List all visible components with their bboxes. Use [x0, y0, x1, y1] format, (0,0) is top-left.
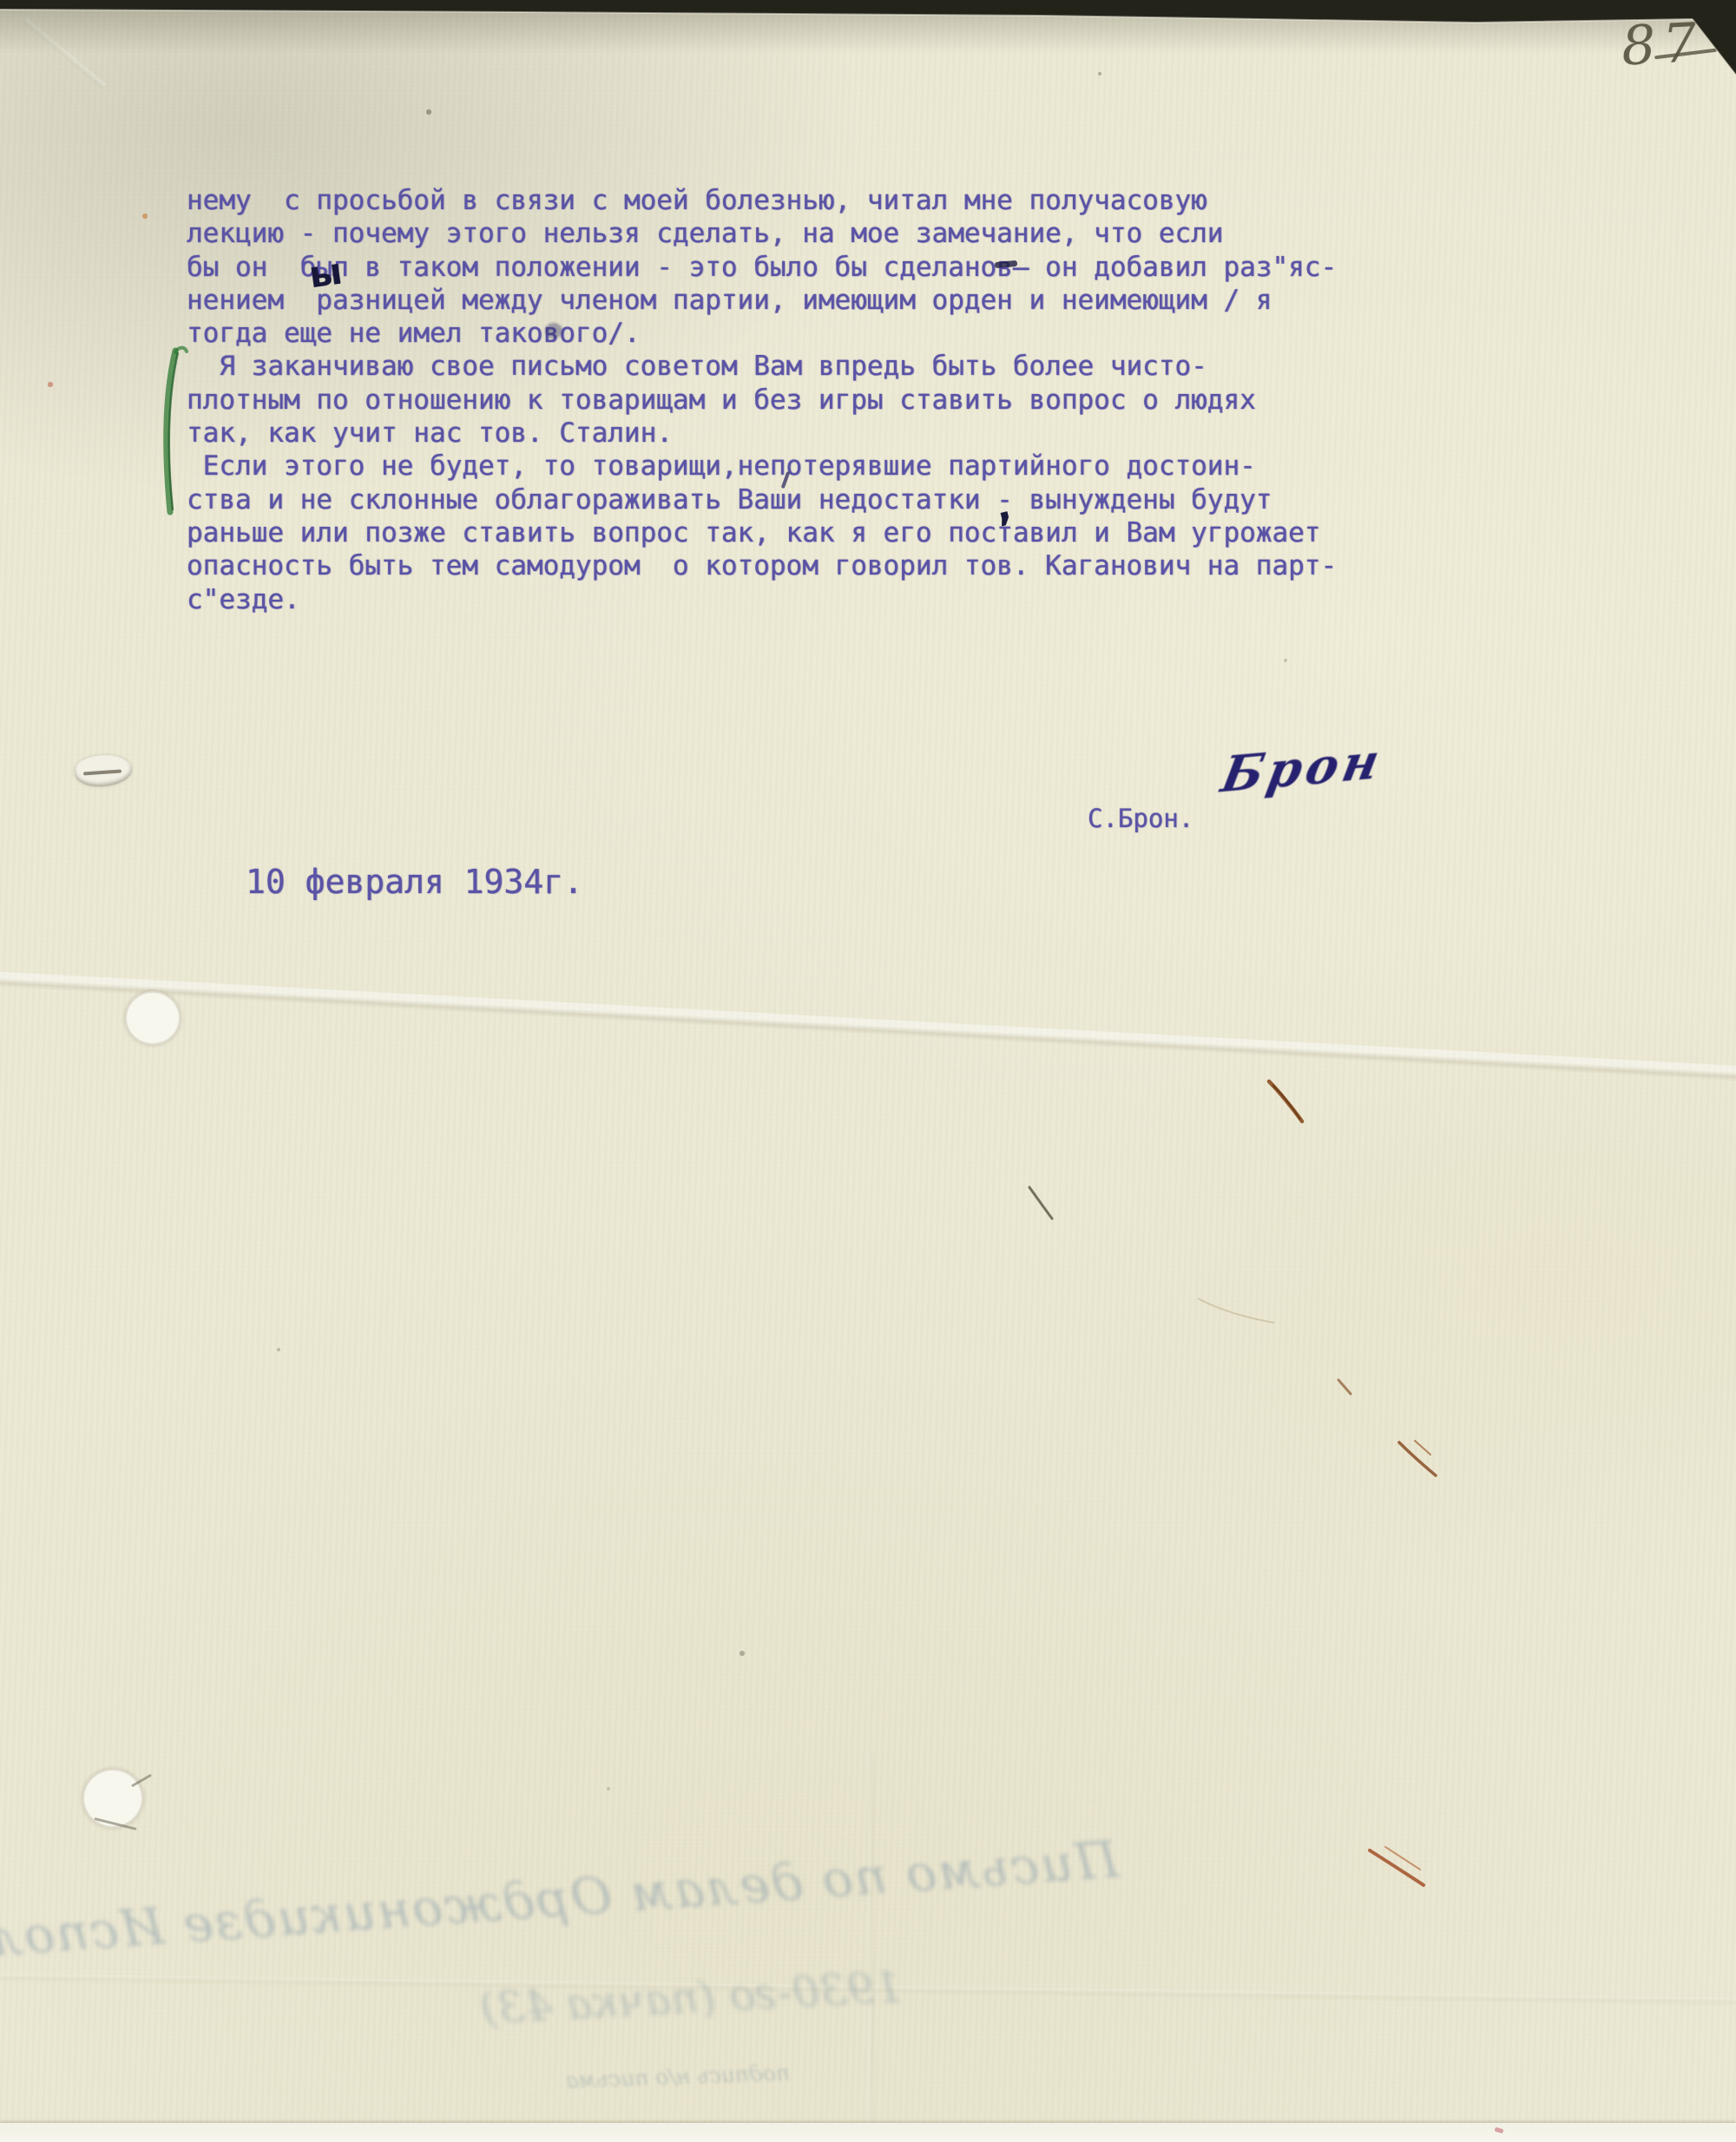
typed-line: так, как учит нас тов. Сталин. — [187, 417, 1337, 450]
typed-signature: С.Брон. — [1088, 804, 1193, 833]
document-scan: нему с просьбой в связи с моей болезнью,… — [0, 0, 1736, 2142]
typed-smudge — [545, 323, 562, 338]
punch-hole-top — [125, 991, 181, 1045]
typed-line: нением разницей между членом партии, име… — [187, 284, 1337, 317]
paper-specks — [0, 0, 2, 2]
bottom-paper-edge — [0, 2123, 1736, 2142]
typed-line: нему с просьбой в связи с моей болезнью,… — [187, 184, 1337, 217]
typed-line: плотным по отношению к товарищам и без и… — [187, 384, 1337, 417]
typed-line: раньше или позже ставить вопрос так, как… — [187, 516, 1337, 549]
typed-line: бы он был в таком положении - это было б… — [187, 251, 1337, 284]
typed-line: тогда еще не имел такового/. — [187, 317, 1337, 350]
letter-body: нему с просьбой в связи с моей болезнью,… — [187, 184, 1337, 616]
typed-line: Я заканчиваю свое письмо советом Вам впр… — [187, 350, 1337, 383]
typed-line: Если этого не будет, то товарищи,непотер… — [187, 450, 1337, 483]
typed-line: опасность быть тем самодуром о котором г… — [187, 549, 1337, 582]
typed-line: с"езде. — [187, 583, 1337, 616]
handwritten-insertion-mark: ы — [306, 250, 345, 297]
typed-line: лекцию - почему этого нельзя сделать, на… — [187, 217, 1337, 250]
date-line: 10 февраля 1934г. — [246, 863, 583, 901]
punch-hole-bottom — [82, 1769, 143, 1828]
top-edge-shadow — [0, 9, 1736, 54]
typed-line: ства и не склонные облагораживать Ваши н… — [187, 483, 1337, 516]
